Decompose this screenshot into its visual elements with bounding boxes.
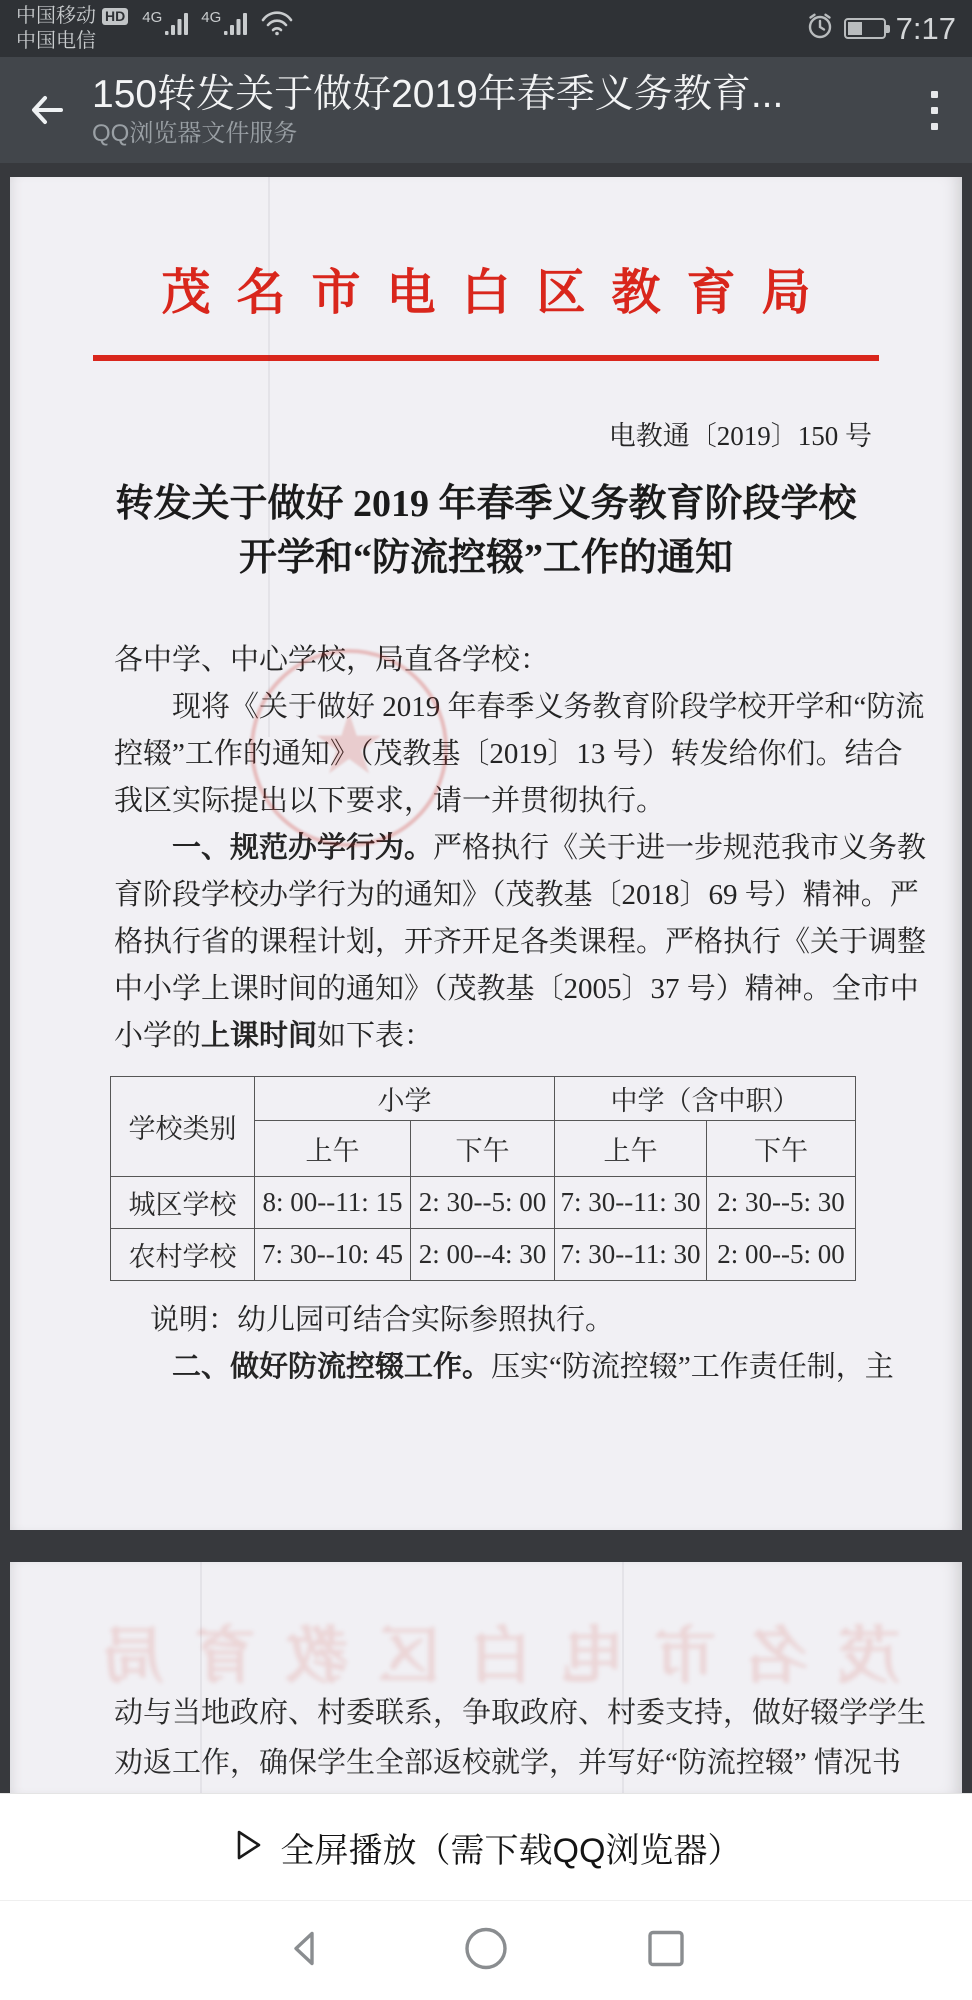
page-title: 150转发关于做好2019年春季义务教育... — [92, 72, 783, 118]
body-line: 一、规范办学行为。严格执行《关于进一步规范我市义务教 — [114, 825, 907, 872]
time-cell: 7: 30--10: 45 — [255, 1229, 411, 1281]
class-time-table: 学校类别 小学 中学（含中职） 上午 下午 上午 下午 城区学校 8: 00--… — [110, 1076, 856, 1281]
table-group-secondary: 中学（含中职） — [555, 1077, 856, 1121]
body-line: 现将《关于做好 2019 年春季义务教育阶段学校开学和“防流 — [114, 684, 907, 731]
table-note-line: 说明：幼儿园可结合实际参照执行。 — [114, 1297, 907, 1344]
hd-badge: HD — [102, 8, 128, 25]
section1-heading: 一、规范办学行为。 — [172, 832, 433, 864]
table-corner-header: 学校类别 — [111, 1077, 255, 1177]
wifi-icon — [260, 9, 294, 42]
table-row: 农村学校 7: 30--10: 45 2: 00--4: 30 7: 30--1… — [111, 1229, 856, 1281]
signal-bars-icon — [223, 10, 250, 42]
document-page-1: ★ 茂名市电白区教育局 电教通〔2019〕150 号 转发关于做好 2019 年… — [10, 177, 962, 1530]
body-line: 小学的上课时间如下表： — [114, 1013, 907, 1060]
ink-bleed-text: 茂名市电白区教育局 — [10, 1606, 962, 1695]
document-page-2: 茂名市电白区教育局 动与当地政府、村委联系，争取政府、村委支持，做好辍学学生 劝… — [10, 1562, 962, 1793]
body-text-span: 严格执行《关于进一步规范我市义务教 — [433, 832, 926, 864]
carrier-labels: 中国移动 HD 中国电信 — [16, 4, 128, 54]
time-cell: 8: 00--11: 15 — [255, 1177, 411, 1229]
time-cell: 7: 30--11: 30 — [555, 1177, 707, 1229]
salutation-line: 各中学、中心学校，局直各学校： — [114, 637, 907, 684]
body-line: 育阶段学校办学行为的通知》（茂教基〔2018〕69 号）精神。严 — [114, 872, 907, 919]
body-line: 动与当地政府、村委联系，争取政府、村委支持，做好辍学学生 — [114, 1690, 926, 1731]
red-divider-line — [93, 355, 879, 361]
table-subheader: 上午 — [555, 1121, 707, 1177]
document-body-after-table: 说明：幼儿园可结合实际参照执行。 二、做好防流控辍工作。压实“防流控辍”工作责任… — [10, 1297, 962, 1391]
signal-bars-icon — [164, 10, 191, 42]
agency-header: 茂名市电白区教育局 — [10, 261, 962, 325]
status-right: 7:17 — [806, 11, 956, 47]
document-title-line2: 开学和“防流控辍”工作的通知 — [10, 531, 962, 585]
nav-back-icon[interactable] — [286, 1927, 326, 1974]
android-nav-bar — [0, 1900, 972, 2000]
time-cell: 2: 00--4: 30 — [411, 1229, 555, 1281]
body-line: 中小学上课时间的通知》（茂教基〔2005〕37 号）精神。全市中 — [114, 966, 907, 1013]
time-cell: 2: 30--5: 30 — [707, 1177, 856, 1229]
body-text-span: 如下表： — [317, 1020, 433, 1052]
table-subheader: 下午 — [411, 1121, 555, 1177]
battery-icon — [844, 18, 886, 39]
body-line: 控辍”工作的通知》（茂教基〔2019〕13 号）转发给你们。结合 — [114, 731, 907, 778]
body-line: 劝返工作，确保学生全部返校就学，并写好“防流控辍” 情况书 — [114, 1740, 901, 1781]
table-group-primary: 小学 — [255, 1077, 555, 1121]
signal-cluster: 4G 4G — [142, 9, 294, 42]
back-button[interactable] — [26, 89, 68, 131]
title-bar: 150转发关于做好2019年春季义务教育... QQ浏览器文件服务 — [0, 57, 972, 163]
body-line: 格执行省的课程计划，开齐开足各类课程。严格执行《关于调整 — [114, 919, 907, 966]
body-line: 二、做好防流控辍工作。压实“防流控辍”工作责任制，主 — [114, 1344, 907, 1391]
body-line: 我区实际提出以下要求，请一并贯彻执行。 — [114, 778, 907, 825]
nav-home-icon[interactable] — [463, 1925, 509, 1976]
fullscreen-play-bar[interactable]: 全屏播放（需下载QQ浏览器） — [0, 1793, 972, 1900]
time-cell: 2: 30--5: 00 — [411, 1177, 555, 1229]
carrier1-label: 中国移动 — [16, 4, 96, 29]
carrier2-label: 中国电信 — [16, 29, 96, 54]
body-text-span: 小学的 — [114, 1020, 201, 1052]
seal-star: ★ — [311, 695, 386, 794]
emphasis-span: 上课时间 — [201, 1020, 317, 1052]
network1-label: 4G — [142, 10, 162, 25]
nav-recent-icon[interactable] — [646, 1928, 686, 1973]
document-title-line1: 转发关于做好 2019 年春季义务教育阶段学校 — [10, 477, 962, 531]
official-seal: ★ — [250, 649, 448, 847]
phone-screen: 中国移动 HD 中国电信 4G 4G — [0, 0, 972, 2000]
table-subheader: 上午 — [255, 1121, 411, 1177]
paper-crease — [268, 177, 270, 737]
document-body: 各中学、中心学校，局直各学校： 现将《关于做好 2019 年春季义务教育阶段学校… — [10, 637, 962, 1060]
play-icon — [231, 1827, 265, 1868]
status-bar: 中国移动 HD 中国电信 4G 4G — [0, 0, 972, 57]
play-label: 全屏播放（需下载QQ浏览器） — [281, 1823, 742, 1872]
row-label: 农村学校 — [111, 1229, 255, 1281]
clock-time: 7:17 — [896, 11, 956, 47]
body-text-span: 压实“防流控辍”工作责任制，主 — [491, 1351, 894, 1383]
time-cell: 2: 00--5: 00 — [707, 1229, 856, 1281]
section2-heading: 二、做好防流控辍工作。 — [172, 1351, 491, 1383]
table-row: 城区学校 8: 00--11: 15 2: 30--5: 00 7: 30--1… — [111, 1177, 856, 1229]
row-label: 城区学校 — [111, 1177, 255, 1229]
network2-label: 4G — [201, 10, 221, 25]
document-title: 转发关于做好 2019 年春季义务教育阶段学校 开学和“防流控辍”工作的通知 — [10, 477, 962, 585]
document-number: 电教通〔2019〕150 号 — [10, 419, 962, 453]
page-subtitle: QQ浏览器文件服务 — [92, 119, 783, 149]
overflow-menu-button[interactable] — [925, 85, 944, 136]
alarm-icon — [806, 12, 834, 45]
table-subheader: 下午 — [707, 1121, 856, 1177]
document-scroll-area[interactable]: ★ 茂名市电白区教育局 电教通〔2019〕150 号 转发关于做好 2019 年… — [0, 163, 972, 1793]
titlebar-texts: 150转发关于做好2019年春季义务教育... QQ浏览器文件服务 — [92, 72, 783, 149]
time-cell: 7: 30--11: 30 — [555, 1229, 707, 1281]
